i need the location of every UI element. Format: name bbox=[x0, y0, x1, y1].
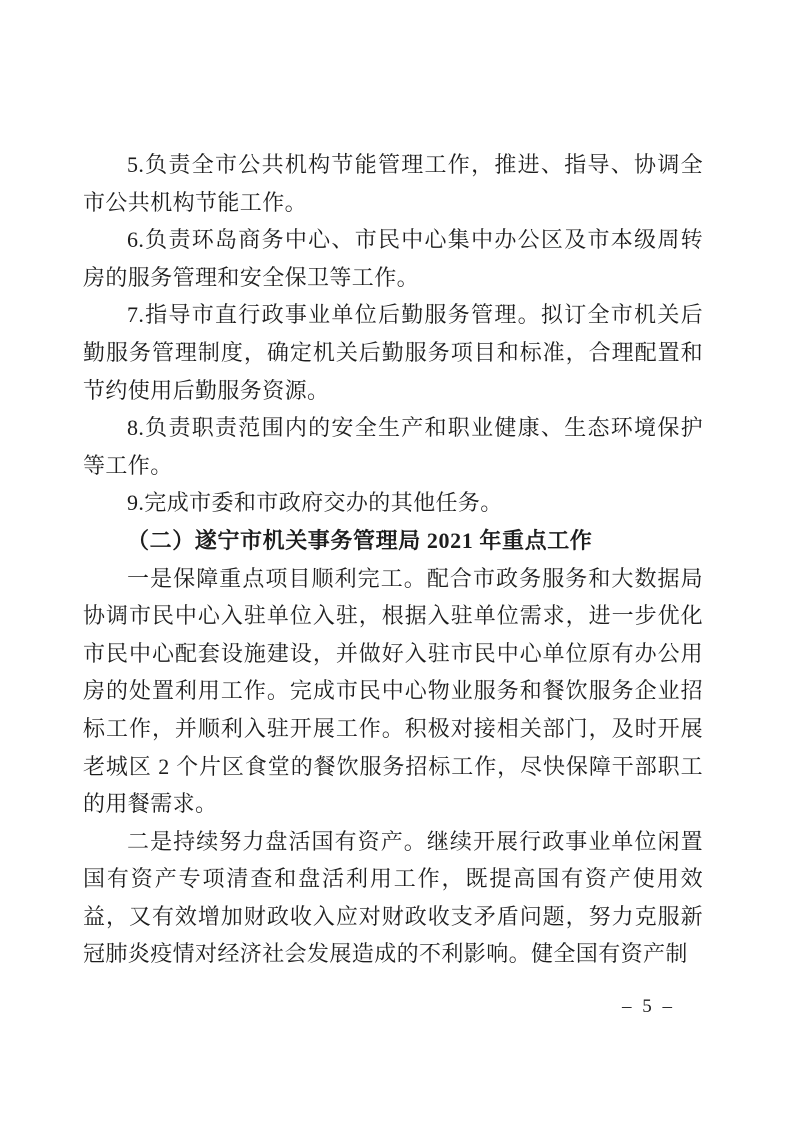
paragraph-duty-6: 6.负责环岛商务中心、市民中心集中办公区及市本级周转房的服务管理和安全保卫等工作… bbox=[83, 221, 703, 296]
paragraph-duty-9: 9.完成市委和市政府交办的其他任务。 bbox=[83, 484, 703, 522]
paragraph-priority-one: 一是保障重点项目顺利完工。配合市政务服务和大数据局协调市民中心入驻单位入驻，根据… bbox=[83, 560, 703, 823]
page-number: – 5 – bbox=[622, 994, 675, 1020]
paragraph-duty-8: 8.负责职责范围内的安全生产和职业健康、生态环境保护等工作。 bbox=[83, 409, 703, 484]
paragraph-duty-5: 5.负责全市公共机构节能管理工作，推进、指导、协调全市公共机构节能工作。 bbox=[83, 146, 703, 221]
section-heading-key-work-2021: （二）遂宁市机关事务管理局 2021 年重点工作 bbox=[83, 522, 703, 560]
document-page: 5.负责全市公共机构节能管理工作，推进、指导、协调全市公共机构节能工作。 6.负… bbox=[0, 0, 793, 1122]
document-body: 5.负责全市公共机构节能管理工作，推进、指导、协调全市公共机构节能工作。 6.负… bbox=[83, 146, 703, 973]
paragraph-duty-7: 7.指导市直行政事业单位后勤服务管理。拟订全市机关后勤服务管理制度，确定机关后勤… bbox=[83, 296, 703, 409]
paragraph-priority-two: 二是持续努力盘活国有资产。继续开展行政事业单位闲置国有资产专项清查和盘活利用工作… bbox=[83, 823, 703, 973]
